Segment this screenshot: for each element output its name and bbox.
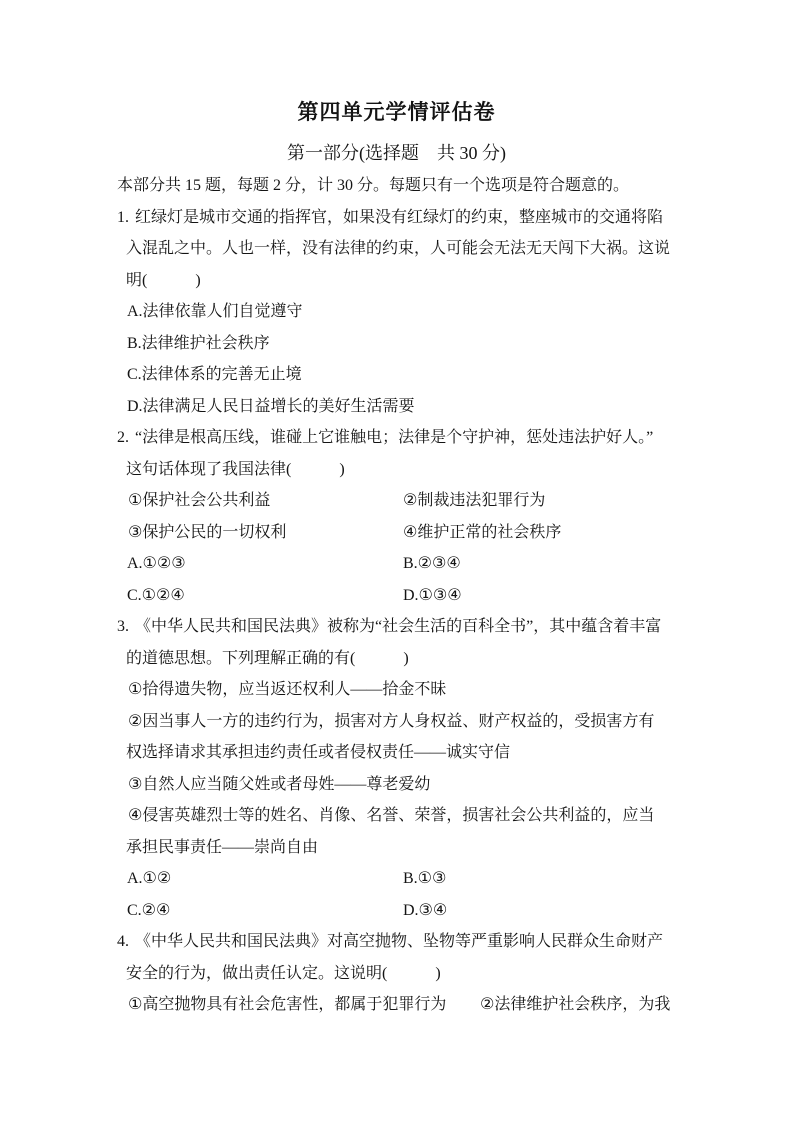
question-number: 1.: [117, 202, 129, 234]
question-line: 承担民事责任——崇尚自由: [117, 832, 793, 864]
option-left: A.①②: [127, 863, 403, 895]
option-right: ②制裁违法犯罪行为: [403, 492, 545, 509]
page-title: 第四单元学情评估卷: [0, 0, 793, 126]
stem-text: “法律是根高压线，谁碰上它谁触电；法律是个守护神，惩处违法护好人。”: [135, 429, 653, 446]
option-left: ①保护社会公共利益: [128, 485, 403, 517]
question-number: 3.: [117, 611, 129, 643]
option-left: A.①②③: [127, 548, 403, 580]
option-line: A.法律依靠人们自觉遵守: [117, 296, 793, 328]
option-line: ①高空抛物具有社会危害性，都属于犯罪行为②法律维护社会秩序，为我: [117, 989, 793, 1021]
option-left: ①高空抛物具有社会危害性，都属于犯罪行为: [128, 989, 480, 1021]
option-line: A.①②B.①③: [117, 863, 793, 895]
option-line: ①保护社会公共利益②制裁违法犯罪行为: [117, 485, 793, 517]
option-line: ②因当事人一方的违约行为，损害对方人身权益、财产权益的，受损害方有: [117, 706, 793, 738]
option-right: B.②③④: [403, 555, 461, 572]
exam-body: 本部分共 15 题，每题 2 分，计 30 分。每题只有一个选项是符合题意的。 …: [0, 170, 793, 1021]
question-stem-line: 1.红绿灯是城市交通的指挥官，如果没有红绿灯的约束，整座城市的交通将陷: [117, 202, 793, 234]
option-right: B.①③: [403, 870, 446, 887]
option-line: D.法律满足人民日益增长的美好生活需要: [117, 391, 793, 423]
option-line: ④侵害英雄烈士等的姓名、肖像、名誉、荣誉，损害社会公共利益的，应当: [117, 800, 793, 832]
option-line: C.①②④D.①③④: [117, 580, 793, 612]
stem-text: 《中华人民共和国民法典》对高空抛物、坠物等严重影响人民群众生命财产: [135, 933, 663, 950]
stem-text: 红绿灯是城市交通的指挥官，如果没有红绿灯的约束，整座城市的交通将陷: [135, 209, 663, 226]
question-line: 安全的行为，做出责任认定。这说明( ): [117, 958, 793, 990]
stem-text: 《中华人民共和国民法典》被称为“社会生活的百科全书”，其中蕴含着丰富: [135, 618, 661, 635]
option-line: B.法律维护社会秩序: [117, 328, 793, 360]
question-number: 2.: [117, 422, 129, 454]
instructions: 本部分共 15 题，每题 2 分，计 30 分。每题只有一个选项是符合题意的。: [117, 170, 793, 202]
question-stem-line: 3.《中华人民共和国民法典》被称为“社会生活的百科全书”，其中蕴含着丰富: [117, 611, 793, 643]
option-line: ③保护公民的一切权利④维护正常的社会秩序: [117, 517, 793, 549]
question-line: 明( ): [117, 265, 793, 297]
section-heading: 第一部分(选择题 共 30 分): [0, 140, 793, 166]
option-line: ①拾得遗失物，应当返还权利人——拾金不昧: [117, 674, 793, 706]
option-line: ③自然人应当随父姓或者母姓——尊老爱幼: [117, 769, 793, 801]
option-line: A.①②③B.②③④: [117, 548, 793, 580]
exam-page: 第四单元学情评估卷 第一部分(选择题 共 30 分) 本部分共 15 题，每题 …: [0, 0, 793, 1122]
question-stem-line: 4.《中华人民共和国民法典》对高空抛物、坠物等严重影响人民群众生命财产: [117, 926, 793, 958]
option-right: D.③④: [403, 902, 447, 919]
question-number: 4.: [117, 926, 129, 958]
question-line: 的道德思想。下列理解正确的有( ): [117, 643, 793, 675]
option-right: ④维护正常的社会秩序: [403, 524, 561, 541]
option-left: C.①②④: [127, 580, 403, 612]
question-line: 这句话体现了我国法律( ): [117, 454, 793, 486]
option-left: C.②④: [127, 895, 403, 927]
option-line: C.法律体系的完善无止境: [117, 359, 793, 391]
option-right: ②法律维护社会秩序，为我: [480, 996, 670, 1013]
option-line: C.②④D.③④: [117, 895, 793, 927]
option-right: D.①③④: [403, 587, 462, 604]
question-list: 1.红绿灯是城市交通的指挥官，如果没有红绿灯的约束，整座城市的交通将陷入混乱之中…: [0, 202, 793, 1021]
question-stem-line: 2.“法律是根高压线，谁碰上它谁触电；法律是个守护神，惩处违法护好人。”: [117, 422, 793, 454]
question-line: 入混乱之中。人也一样，没有法律的约束，人可能会无法无天闯下大祸。这说: [117, 233, 793, 265]
option-left: ③保护公民的一切权利: [128, 517, 403, 549]
question-line: 权选择请求其承担违约责任或者侵权责任——诚实守信: [117, 737, 793, 769]
